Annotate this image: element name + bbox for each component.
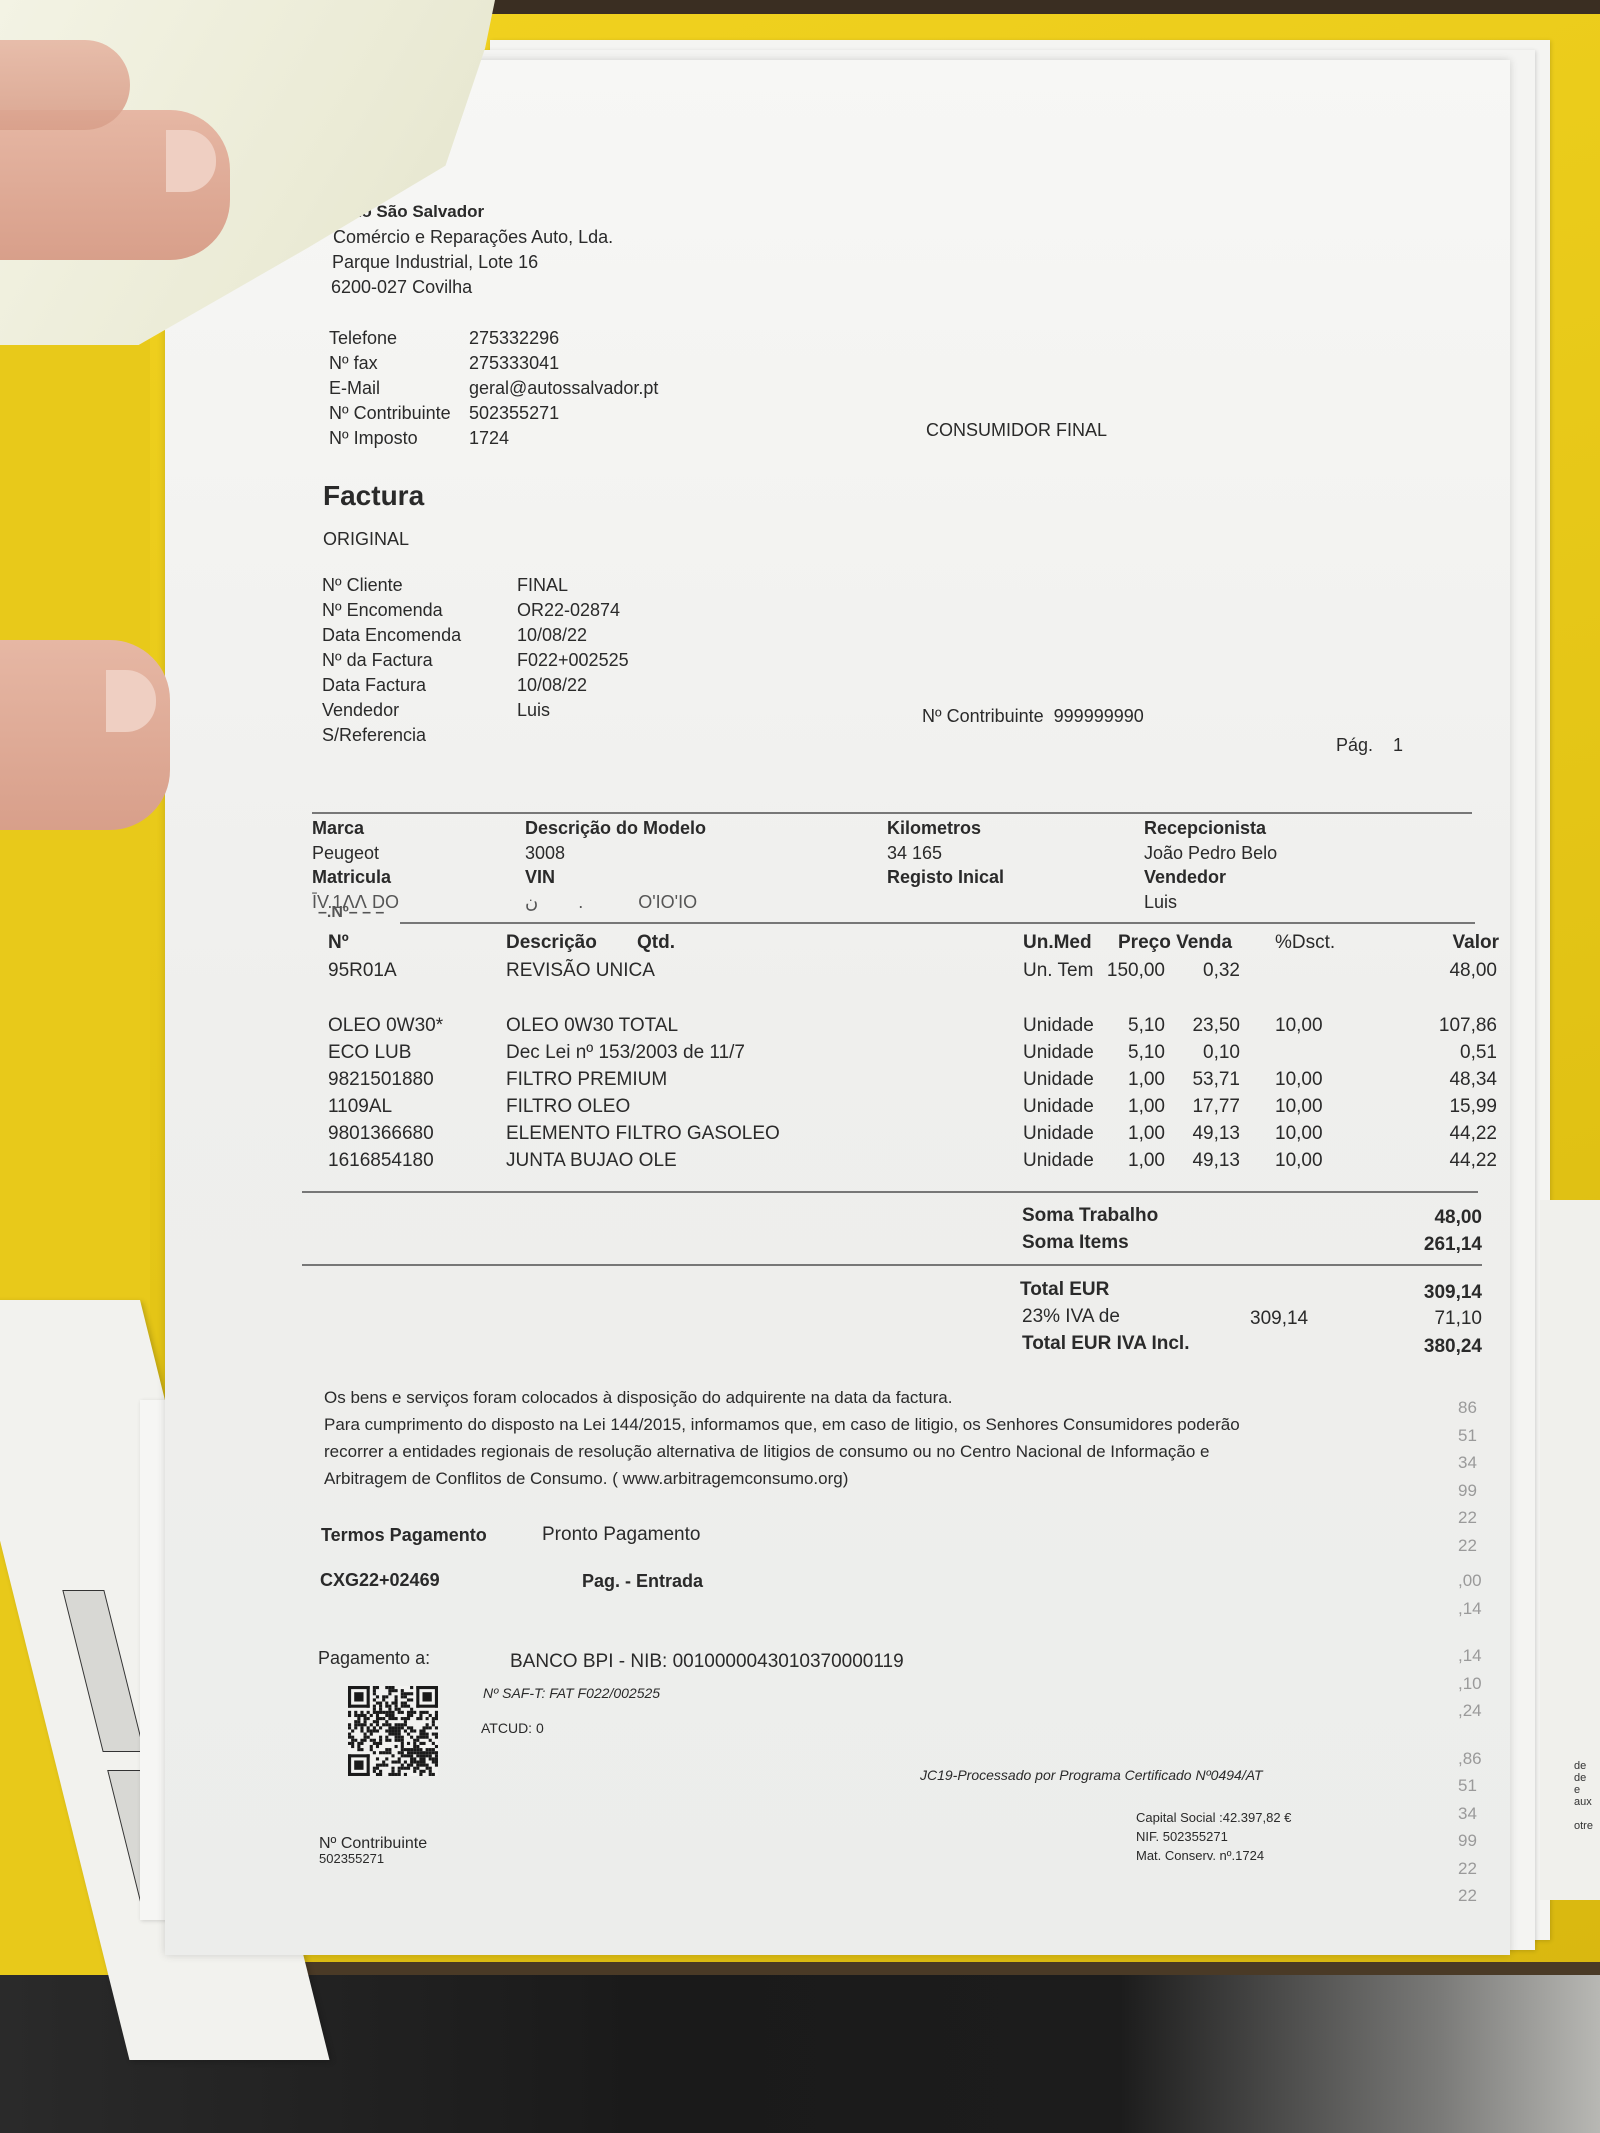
contact-nif: Nº Contribuinte502355271 [329, 401, 658, 426]
atcud: ATCUD: 0 [481, 1720, 544, 1736]
labor-sum-label: Soma Trabalho [1022, 1205, 1158, 1227]
table-row: 95R01AREVISÃO UNICA150,00Un. Tem0,3248,0… [165, 960, 1495, 986]
company-postal-city: 6200-027 Covilha [331, 277, 472, 298]
item-price: 0,10 [1120, 1042, 1240, 1064]
vat-value: 71,10 [1434, 1308, 1482, 1330]
customer-name: CONSUMIDOR FINAL [926, 420, 1107, 441]
vehicle-staff-col: Recepcionista João Pedro Belo Vendedor L… [1144, 816, 1277, 914]
item-price: 49,13 [1120, 1150, 1240, 1172]
divider [312, 812, 1472, 814]
item-discount: 10,00 [1275, 1069, 1323, 1091]
item-code: OLEO 0W30* [328, 1015, 443, 1037]
vat-base: 309,14 [1250, 1308, 1308, 1330]
side-sheet-text: de [1574, 1760, 1600, 1772]
divider [400, 922, 1475, 924]
table-row: 9821501880FILTRO PREMIUM1,00Unidade53,71… [165, 1069, 1495, 1095]
company-legal-name: Comércio e Reparações Auto, Lda. [333, 227, 613, 248]
divider [302, 1264, 1482, 1266]
item-description: JUNTA BUJAO OLE [506, 1150, 677, 1172]
item-price: 49,13 [1120, 1123, 1240, 1145]
item-code: 1616854180 [328, 1150, 434, 1172]
item-value: 44,22 [1449, 1123, 1497, 1145]
item-code: ECO LUB [328, 1042, 411, 1064]
item-value: 44,22 [1449, 1150, 1497, 1172]
side-sheet-text: de [1574, 1772, 1600, 1784]
item-description: REVISÃO UNICA [506, 960, 655, 982]
footer-nif: Nº Contribuinte 502355271 [319, 1836, 427, 1866]
vat-label: 23% IVA de [1022, 1306, 1120, 1328]
item-discount: 10,00 [1275, 1015, 1323, 1037]
pay-to-label: Pagamento a: [318, 1648, 430, 1669]
company-contact-list: Telefone275332296 Nº fax275333041 E-Mail… [329, 326, 658, 451]
table-row: OLEO 0W30*OLEO 0W30 TOTAL5,10Unidade23,5… [165, 1015, 1495, 1041]
items-sum-label: Soma Items [1022, 1232, 1129, 1254]
labor-sum-value: 48,00 [1434, 1207, 1482, 1229]
item-code: 9821501880 [328, 1069, 434, 1091]
item-value: 15,99 [1449, 1096, 1497, 1118]
side-sheet-text: aux [1574, 1796, 1600, 1808]
item-unit: Unidade [1023, 1150, 1094, 1172]
item-unit: Unidade [1023, 1042, 1094, 1064]
field-client-no: Nº ClienteFINAL [322, 573, 629, 598]
item-unit: Un. Tem [1023, 960, 1093, 982]
qr-code-icon [348, 1685, 438, 1777]
page-number: Pág. 1 [1336, 735, 1403, 756]
document-fields: Nº ClienteFINAL Nº EncomendaOR22-02874 D… [322, 573, 629, 748]
item-discount: 10,00 [1275, 1123, 1323, 1145]
item-value: 48,00 [1449, 960, 1497, 982]
total-label: Total EUR [1020, 1279, 1109, 1301]
table-row: ECO LUBDec Lei nº 153/2003 de 11/75,10Un… [165, 1042, 1495, 1068]
item-description: OLEO 0W30 TOTAL [506, 1015, 678, 1037]
document-copy-label: ORIGINAL [323, 529, 409, 550]
item-value: 107,86 [1439, 1015, 1497, 1037]
bleed-through-values: 865134 992222 ,00,14 ,14,10,24 ,865134 9… [1458, 1394, 1482, 1910]
form-box [62, 1590, 144, 1752]
payment-terms-value: Pronto Pagamento [542, 1524, 700, 1546]
saft-number: Nº SAF-T: FAT F022/002525 [483, 1685, 660, 1701]
vehicle-km-col: Kilometros 34 165 Registo Inical [887, 816, 1004, 890]
item-description: ELEMENTO FILTRO GASOLEO [506, 1123, 780, 1145]
hand-finger [0, 110, 230, 260]
receipt-type: Pag. - Entrada [582, 1571, 703, 1592]
item-code: 9801366680 [328, 1123, 434, 1145]
contact-tax-no: Nº Imposto1724 [329, 426, 658, 451]
field-order-date: Data Encomenda10/08/22 [322, 623, 629, 648]
legal-note: Os bens e serviços foram colocados à dis… [324, 1384, 1240, 1492]
item-description: FILTRO PREMIUM [506, 1069, 667, 1091]
total-value: 309,14 [1424, 1282, 1482, 1304]
receipt-reference: CXG22+02469 [320, 1570, 440, 1591]
item-unit: Unidade [1023, 1069, 1094, 1091]
item-code: 1109AL [328, 1096, 392, 1118]
vehicle-brand-col: Marca Peugeot Matricula ĪV.1ᐱᐱ DO [312, 816, 399, 914]
item-unit: Unidade [1023, 1096, 1094, 1118]
document-title: Factura [323, 480, 424, 512]
overprint-artifact: –.Nº– – – [318, 904, 384, 922]
vehicle-model-col: Descrição do Modelo 3008 VIN ن . O'IO'IO [525, 816, 706, 914]
certification-note: JC19-Processado por Programa Certificado… [920, 1767, 1263, 1783]
side-sheet: de de e aux otre [1540, 1200, 1600, 1900]
table-row: 1109ALFILTRO OLEO1,00Unidade17,7710,0015… [165, 1096, 1495, 1122]
divider [302, 1191, 1478, 1193]
items-sum-value: 261,14 [1424, 1234, 1482, 1256]
customer-nif: Nº Contribuinte 999999990 [922, 706, 1144, 727]
company-address: Parque Industrial, Lote 16 [332, 252, 538, 273]
item-price: 17,77 [1120, 1096, 1240, 1118]
field-seller: VendedorLuis [322, 698, 629, 723]
field-order-no: Nº EncomendaOR22-02874 [322, 598, 629, 623]
grand-total-value: 380,24 [1424, 1336, 1482, 1358]
item-unit: Unidade [1023, 1015, 1094, 1037]
item-price: 0,32 [1120, 960, 1240, 982]
table-row: 9801366680ELEMENTO FILTRO GASOLEO1,00Uni… [165, 1123, 1495, 1149]
grand-total-label: Total EUR IVA Incl. [1022, 1333, 1190, 1355]
pay-to-bank: BANCO BPI - NIB: 0010000043010370000119 [510, 1651, 904, 1673]
item-price: 23,50 [1120, 1015, 1240, 1037]
contact-email: E-Mailgeral@autossalvador.pt [329, 376, 658, 401]
item-price: 53,71 [1120, 1069, 1240, 1091]
hand-finger [0, 40, 130, 130]
company-registry-block: Capital Social :42.397,82 € NIF. 5023552… [1136, 1808, 1291, 1865]
table-header: Nº Descrição Qtd. Un.Med Preço Venda %Ds… [165, 932, 1495, 958]
item-unit: Unidade [1023, 1123, 1094, 1145]
item-description: Dec Lei nº 153/2003 de 11/7 [506, 1042, 745, 1064]
item-discount: 10,00 [1275, 1150, 1323, 1172]
payment-terms-label: Termos Pagamento [321, 1525, 487, 1546]
side-sheet-text: otre [1574, 1820, 1600, 1832]
field-invoice-no: Nº da FacturaF022+002525 [322, 648, 629, 673]
table-row: 1616854180JUNTA BUJAO OLE1,00Unidade49,1… [165, 1150, 1495, 1176]
contact-fax: Nº fax275333041 [329, 351, 658, 376]
field-invoice-date: Data Factura10/08/22 [322, 673, 629, 698]
field-reference: S/Referencia [322, 723, 629, 748]
item-discount: 10,00 [1275, 1096, 1323, 1118]
item-description: FILTRO OLEO [506, 1096, 630, 1118]
item-value: 48,34 [1449, 1069, 1497, 1091]
item-code: 95R01A [328, 960, 397, 982]
contact-phone: Telefone275332296 [329, 326, 658, 351]
item-value: 0,51 [1460, 1042, 1497, 1064]
side-sheet-text: e [1574, 1784, 1600, 1796]
hand-finger [0, 640, 170, 830]
